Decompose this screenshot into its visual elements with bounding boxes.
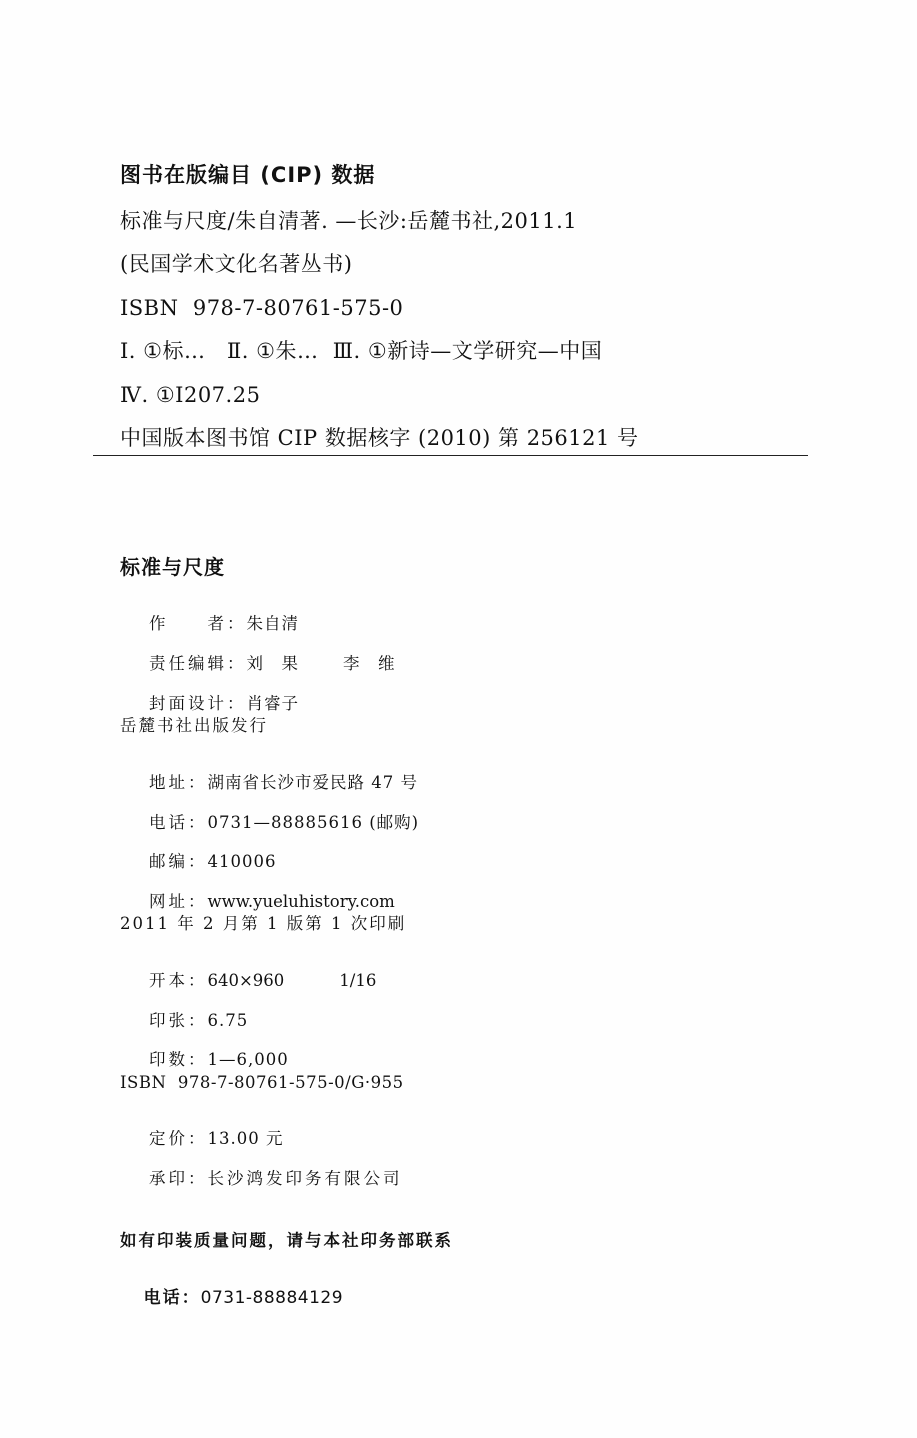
printer-label: 承印： <box>149 1169 208 1188</box>
cip-record-title: 标准与尺度/朱自清著. —长沙:岳麓书社,2011.1 <box>120 211 577 232</box>
cip-isbn: ISBN 978-7-80761-575-0 <box>120 298 403 319</box>
copyright-page: 图书在版编目 (CIP) 数据 标准与尺度/朱自清著. —长沙:岳麓书社,201… <box>0 0 917 1438</box>
cover-design-value: 肖睿子 <box>246 694 299 713</box>
cover-design-label: 封面设计： <box>149 694 247 713</box>
editor-1: 刘 果 <box>246 654 299 673</box>
format-fraction: 1/16 <box>339 971 376 990</box>
book-title: 标准与尺度 <box>120 557 225 577</box>
contact-phone-row: 电话：0731-88884129 <box>120 1273 343 1324</box>
cip-classification: Ⅳ. ①I207.25 <box>120 385 260 406</box>
address-label: 地址： <box>149 773 208 792</box>
section-divider <box>93 455 808 456</box>
publisher-line: 岳麓书社出版发行 <box>120 718 268 735</box>
edition-line: 2011 年 2 月第 1 版第 1 次印刷 <box>120 916 406 933</box>
format-value: 640×960 <box>207 971 284 990</box>
cip-heading: 图书在版编目 (CIP) 数据 <box>120 165 375 186</box>
printer-value: 长沙鸿发印务有限公司 <box>207 1169 402 1188</box>
print-run-label: 印数： <box>149 1050 208 1069</box>
phone-value: 0731—88885616 (邮购) <box>207 813 419 832</box>
quality-notice: 如有印装质量问题，请与本社印务部联系 <box>120 1233 453 1250</box>
address-value: 湖南省长沙市爱民路 47 号 <box>207 773 418 792</box>
price-label: 定价： <box>149 1129 208 1148</box>
contact-phone-value: 0731-88884129 <box>201 1288 343 1308</box>
price-value: 13.00 元 <box>207 1129 283 1148</box>
format-label: 开本： <box>149 971 208 990</box>
phone-label: 电话： <box>149 813 208 832</box>
contact-phone-label: 电话： <box>144 1288 201 1308</box>
cip-subjects: Ⅰ. ①标… Ⅱ. ①朱… Ⅲ. ①新诗—文学研究—中国 <box>120 341 602 362</box>
author-label: 作 者： <box>149 614 247 633</box>
isbn-full: ISBN 978-7-80761-575-0/G·955 <box>120 1075 404 1092</box>
cip-approval-number: 中国版本图书馆 CIP 数据核字 (2010) 第 256121 号 <box>120 428 639 449</box>
website-label: 网址： <box>149 892 208 911</box>
cip-series: (民国学术文化名著丛书) <box>120 254 352 275</box>
postcode-value: 410006 <box>207 852 276 871</box>
editors-label: 责任编辑： <box>149 654 247 673</box>
website-link[interactable]: www.yueluhistory.com <box>207 892 394 911</box>
sheets-label: 印张： <box>149 1011 208 1030</box>
sheets-value: 6.75 <box>207 1011 248 1030</box>
postcode-label: 邮编： <box>149 852 208 871</box>
author-value: 朱自清 <box>246 614 299 633</box>
printer-row: 承印：长沙鸿发印务有限公司 <box>120 1154 402 1204</box>
print-run-value: 1—6,000 <box>207 1050 288 1069</box>
editor-2: 李 维 <box>343 654 396 673</box>
